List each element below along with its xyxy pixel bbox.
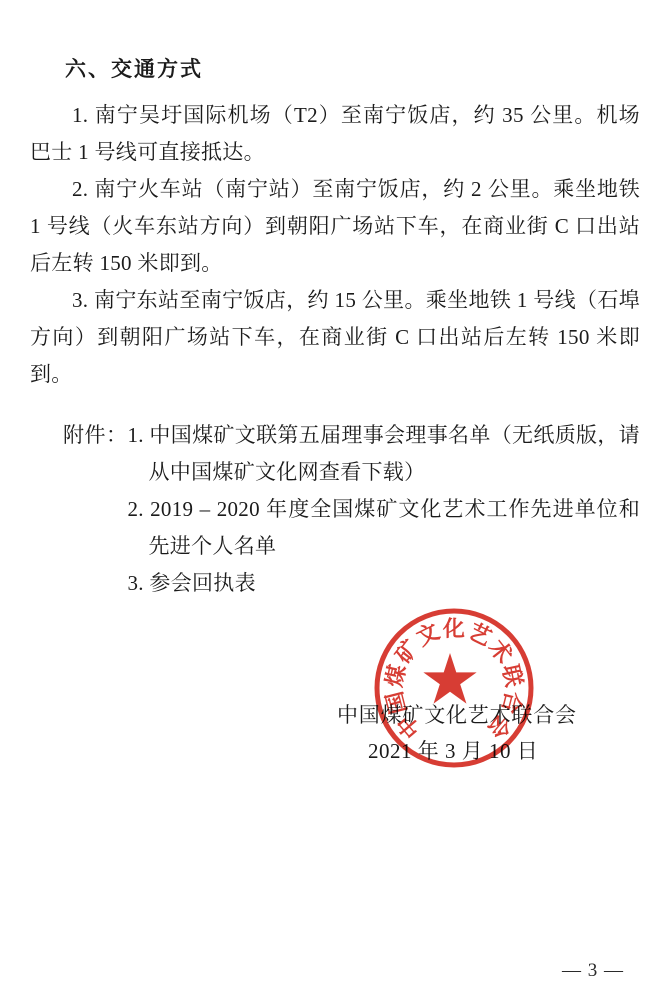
body-paragraph-east-station: 3. 南宁东站至南宁饭店，约 15 公里。乘坐地铁 1 号线（石埠方向）到朝阳广… (30, 282, 640, 393)
attachments-block: 附件： 1. 中国煤矿文联第五届理事会理事名单（无纸质版，请从中国煤矿文化网查看… (63, 417, 640, 602)
star-icon (423, 653, 476, 704)
attachment-item-roster: 1. 中国煤矿文联第五届理事会理事名单（无纸质版，请从中国煤矿文化网查看下载） (128, 417, 641, 491)
official-seal: 中国煤矿文化艺术联合会 (368, 602, 540, 774)
document-page: 六、交通方式 1. 南宁吴圩国际机场（T2）至南宁饭店，约 35 公里。机场巴士… (0, 0, 650, 994)
attachments-label: 附件： (63, 417, 128, 454)
body-paragraph-airport: 1. 南宁吴圩国际机场（T2）至南宁饭店，约 35 公里。机场巴士 1 号线可直… (30, 97, 640, 171)
attachment-item-advanced-units: 2. 2019 – 2020 年度全国煤矿文化艺术工作先进单位和先进个人名单 (128, 491, 641, 565)
attachments-list: 1. 中国煤矿文联第五届理事会理事名单（无纸质版，请从中国煤矿文化网查看下载） … (128, 417, 641, 602)
section-heading: 六、交通方式 (30, 56, 640, 83)
document-body: 六、交通方式 1. 南宁吴圩国际机场（T2）至南宁饭店，约 35 公里。机场巴士… (30, 56, 640, 393)
attachment-item-reply-form: 3. 参会回执表 (128, 565, 641, 602)
page-number: — 3 — (562, 960, 624, 982)
body-paragraph-railway-station: 2. 南宁火车站（南宁站）至南宁饭店，约 2 公里。乘坐地铁 1 号线（火车东站… (30, 171, 640, 282)
